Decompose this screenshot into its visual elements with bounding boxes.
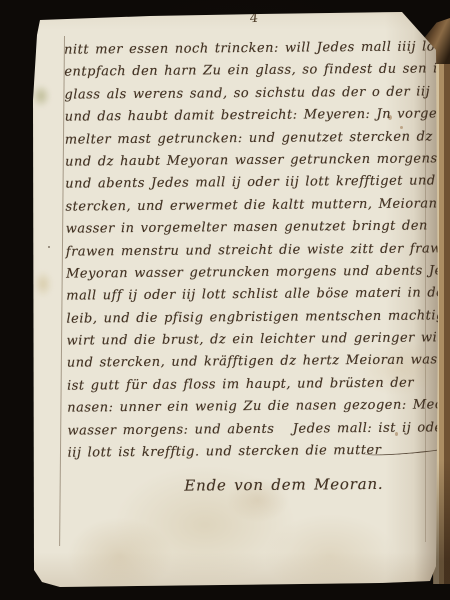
- photo-background: 4 nitt mer essen noch trincken: will Jed…: [0, 0, 450, 600]
- handwriting-line: und stercken, und kräfftigen dz hertz Me…: [63, 350, 441, 376]
- stain: [28, 80, 54, 112]
- handwriting-line: nitt mer essen noch trincken: will Jedes…: [60, 36, 438, 62]
- handwriting-line: nasen: unner ein wenig Zu die nasen gezo…: [63, 395, 441, 421]
- stain: [30, 266, 56, 302]
- handwriting-line: mall uff ij oder iij lott schlist alle b…: [62, 283, 440, 309]
- handwriting-line: und dz haubt Meyoran wasser getruncken m…: [61, 148, 439, 174]
- handwriting-line: wasser in vorgemelter masen genutzet bri…: [62, 215, 440, 241]
- closing-line: Ende von dem Meoran.: [64, 475, 442, 496]
- handwriting-line: glass als werens sand, so sichstu das de…: [60, 81, 438, 107]
- handwriting-line: melter mast getruncken: und genutzet ste…: [61, 126, 439, 152]
- handwriting-line: stercken, und erwermet die kaltt muttern…: [61, 193, 439, 219]
- handwriting-text: nitt mer essen noch trincken: will Jedes…: [60, 36, 442, 496]
- handwriting-line: frawen menstru und streicht die wiste zi…: [62, 238, 440, 264]
- handwriting-line: und das haubt damit bestreicht: Meyeren:…: [61, 104, 439, 130]
- handwriting-line: wirt und die brust, dz ein leichter und …: [63, 327, 441, 353]
- manuscript-page: 4 nitt mer essen noch trincken: will Jed…: [0, 0, 450, 600]
- handwriting-line: Meyoran wasser getruncken morgens und ab…: [62, 260, 440, 286]
- handwriting-line: und abents Jedes mall ij oder iij lott k…: [61, 171, 439, 197]
- handwriting-line: leib, und die pfisig engbristigen mentsc…: [62, 305, 440, 331]
- page-number: 4: [249, 11, 259, 27]
- handwriting-line: ist gutt für das floss im haupt, und brü…: [63, 372, 441, 398]
- handwriting-line: wasser morgens: und abents Jedes mall: i…: [63, 417, 441, 443]
- ink-speck: [48, 246, 50, 248]
- handwriting-line: entpfach den harn Zu ein glass, so finde…: [60, 59, 438, 85]
